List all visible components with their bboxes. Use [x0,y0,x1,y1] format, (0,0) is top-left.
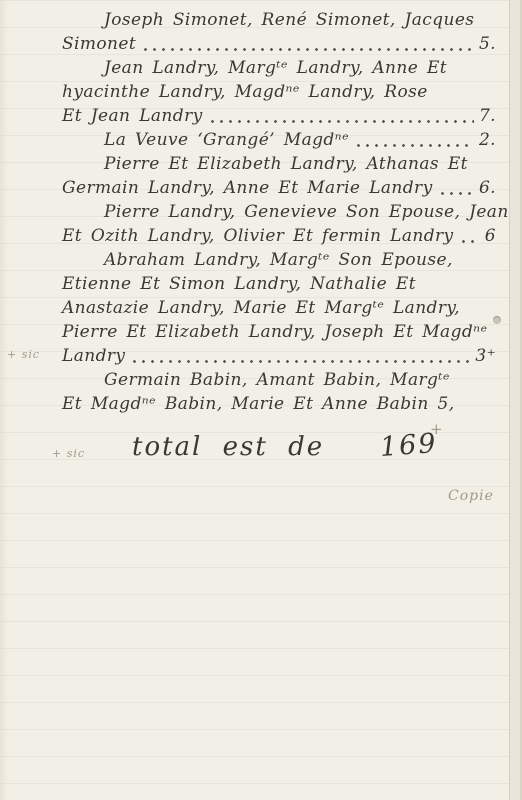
entry-count: 2. [479,128,496,152]
entry-line: Joseph Simonet, René Simonet, Jacques [0,8,522,32]
entry-line: Jean Landry, Margᵗᵉ Landry, Anne Et [0,56,522,80]
pencil-plus-mark: + [430,420,443,438]
entry-line: Etienne Et Simon Landry, Nathalie Et [0,272,522,296]
dotted-leader [141,46,474,52]
entry-text: Simonet [62,32,136,56]
entry-line: La Veuve ‘Grangé’ Magdⁿᵉ 2. [0,128,522,152]
dotted-leader [459,238,480,244]
entry-line: Pierre Et Elizabeth Landry, Athanas Et [0,152,522,176]
entry-line: Simonet 5. [0,32,522,56]
entries: Joseph Simonet, René Simonet, Jacques Si… [0,8,522,416]
entry-line: Abraham Landry, Margᵗᵉ Son Epouse, [0,248,522,272]
copy-label: Copie [448,488,494,504]
dotted-leader [354,142,474,148]
entry-text: Pierre Et Elizabeth Landry, Joseph Et Ma… [62,320,487,344]
entry-text: Pierre Landry, Genevieve Son Epouse, Jea… [104,200,509,224]
dotted-leader [208,118,474,124]
margin-note-sic-total: + sic [52,447,85,460]
entry-line: Germain Babin, Amant Babin, Margᵗᵉ [0,368,522,392]
entry-text: Germain Landry, Anne Et Marie Landry [62,176,433,200]
total-label: total est de [132,432,324,462]
entry-count: 6 [485,224,496,248]
entry-count: 5. [479,32,496,56]
entry-text: Et Jean Landry [62,104,203,128]
entry-line: Pierre Landry, Genevieve Son Epouse, Jea… [0,200,522,224]
entry-count: 3⁺ [475,344,496,368]
margin-note-sic: + sic [7,348,40,361]
entry-line: Et Magdⁿᵉ Babin, Marie Et Anne Babin 5, [0,392,522,416]
dotted-leader [438,190,474,196]
entry-text: Et Magdⁿᵉ Babin, Marie Et Anne Babin 5, [62,392,455,416]
entry-count: 6. [479,176,496,200]
entry-count: 7. [479,104,496,128]
entry-text: Joseph Simonet, René Simonet, Jacques [104,8,474,32]
entry-line: Et Ozith Landry, Olivier Et fermin Landr… [0,224,522,248]
entry-text: Anastazie Landry, Marie Et Margᵗᵉ Landry… [62,296,460,320]
entry-text: Germain Babin, Amant Babin, Margᵗᵉ [104,368,450,392]
entry-text: Et Ozith Landry, Olivier Et fermin Landr… [62,224,454,248]
dotted-leader [130,358,470,364]
page-edge [509,0,522,800]
manuscript-page: Joseph Simonet, René Simonet, Jacques Si… [0,0,522,800]
paper-blemish-dot [493,316,501,324]
entry-text: Abraham Landry, Margᵗᵉ Son Epouse, [104,248,453,272]
entry-line: hyacinthe Landry, Magdⁿᵉ Landry, Rose [0,80,522,104]
entry-text: Landry [62,344,125,368]
entry-text: La Veuve ‘Grangé’ Magdⁿᵉ [104,128,349,152]
entry-text: Jean Landry, Margᵗᵉ Landry, Anne Et [104,56,447,80]
entry-line: Germain Landry, Anne Et Marie Landry 6. [0,176,522,200]
entry-text: Pierre Et Elizabeth Landry, Athanas Et [104,152,468,176]
entry-text: hyacinthe Landry, Magdⁿᵉ Landry, Rose [62,80,428,104]
entry-line: Et Jean Landry 7. [0,104,522,128]
entry-line: Landry 3⁺ [0,344,522,368]
entry-line: Anastazie Landry, Marie Et Margᵗᵉ Landry… [0,296,522,320]
entry-text: Etienne Et Simon Landry, Nathalie Et [62,272,416,296]
entry-line: Pierre Et Elizabeth Landry, Joseph Et Ma… [0,320,522,344]
